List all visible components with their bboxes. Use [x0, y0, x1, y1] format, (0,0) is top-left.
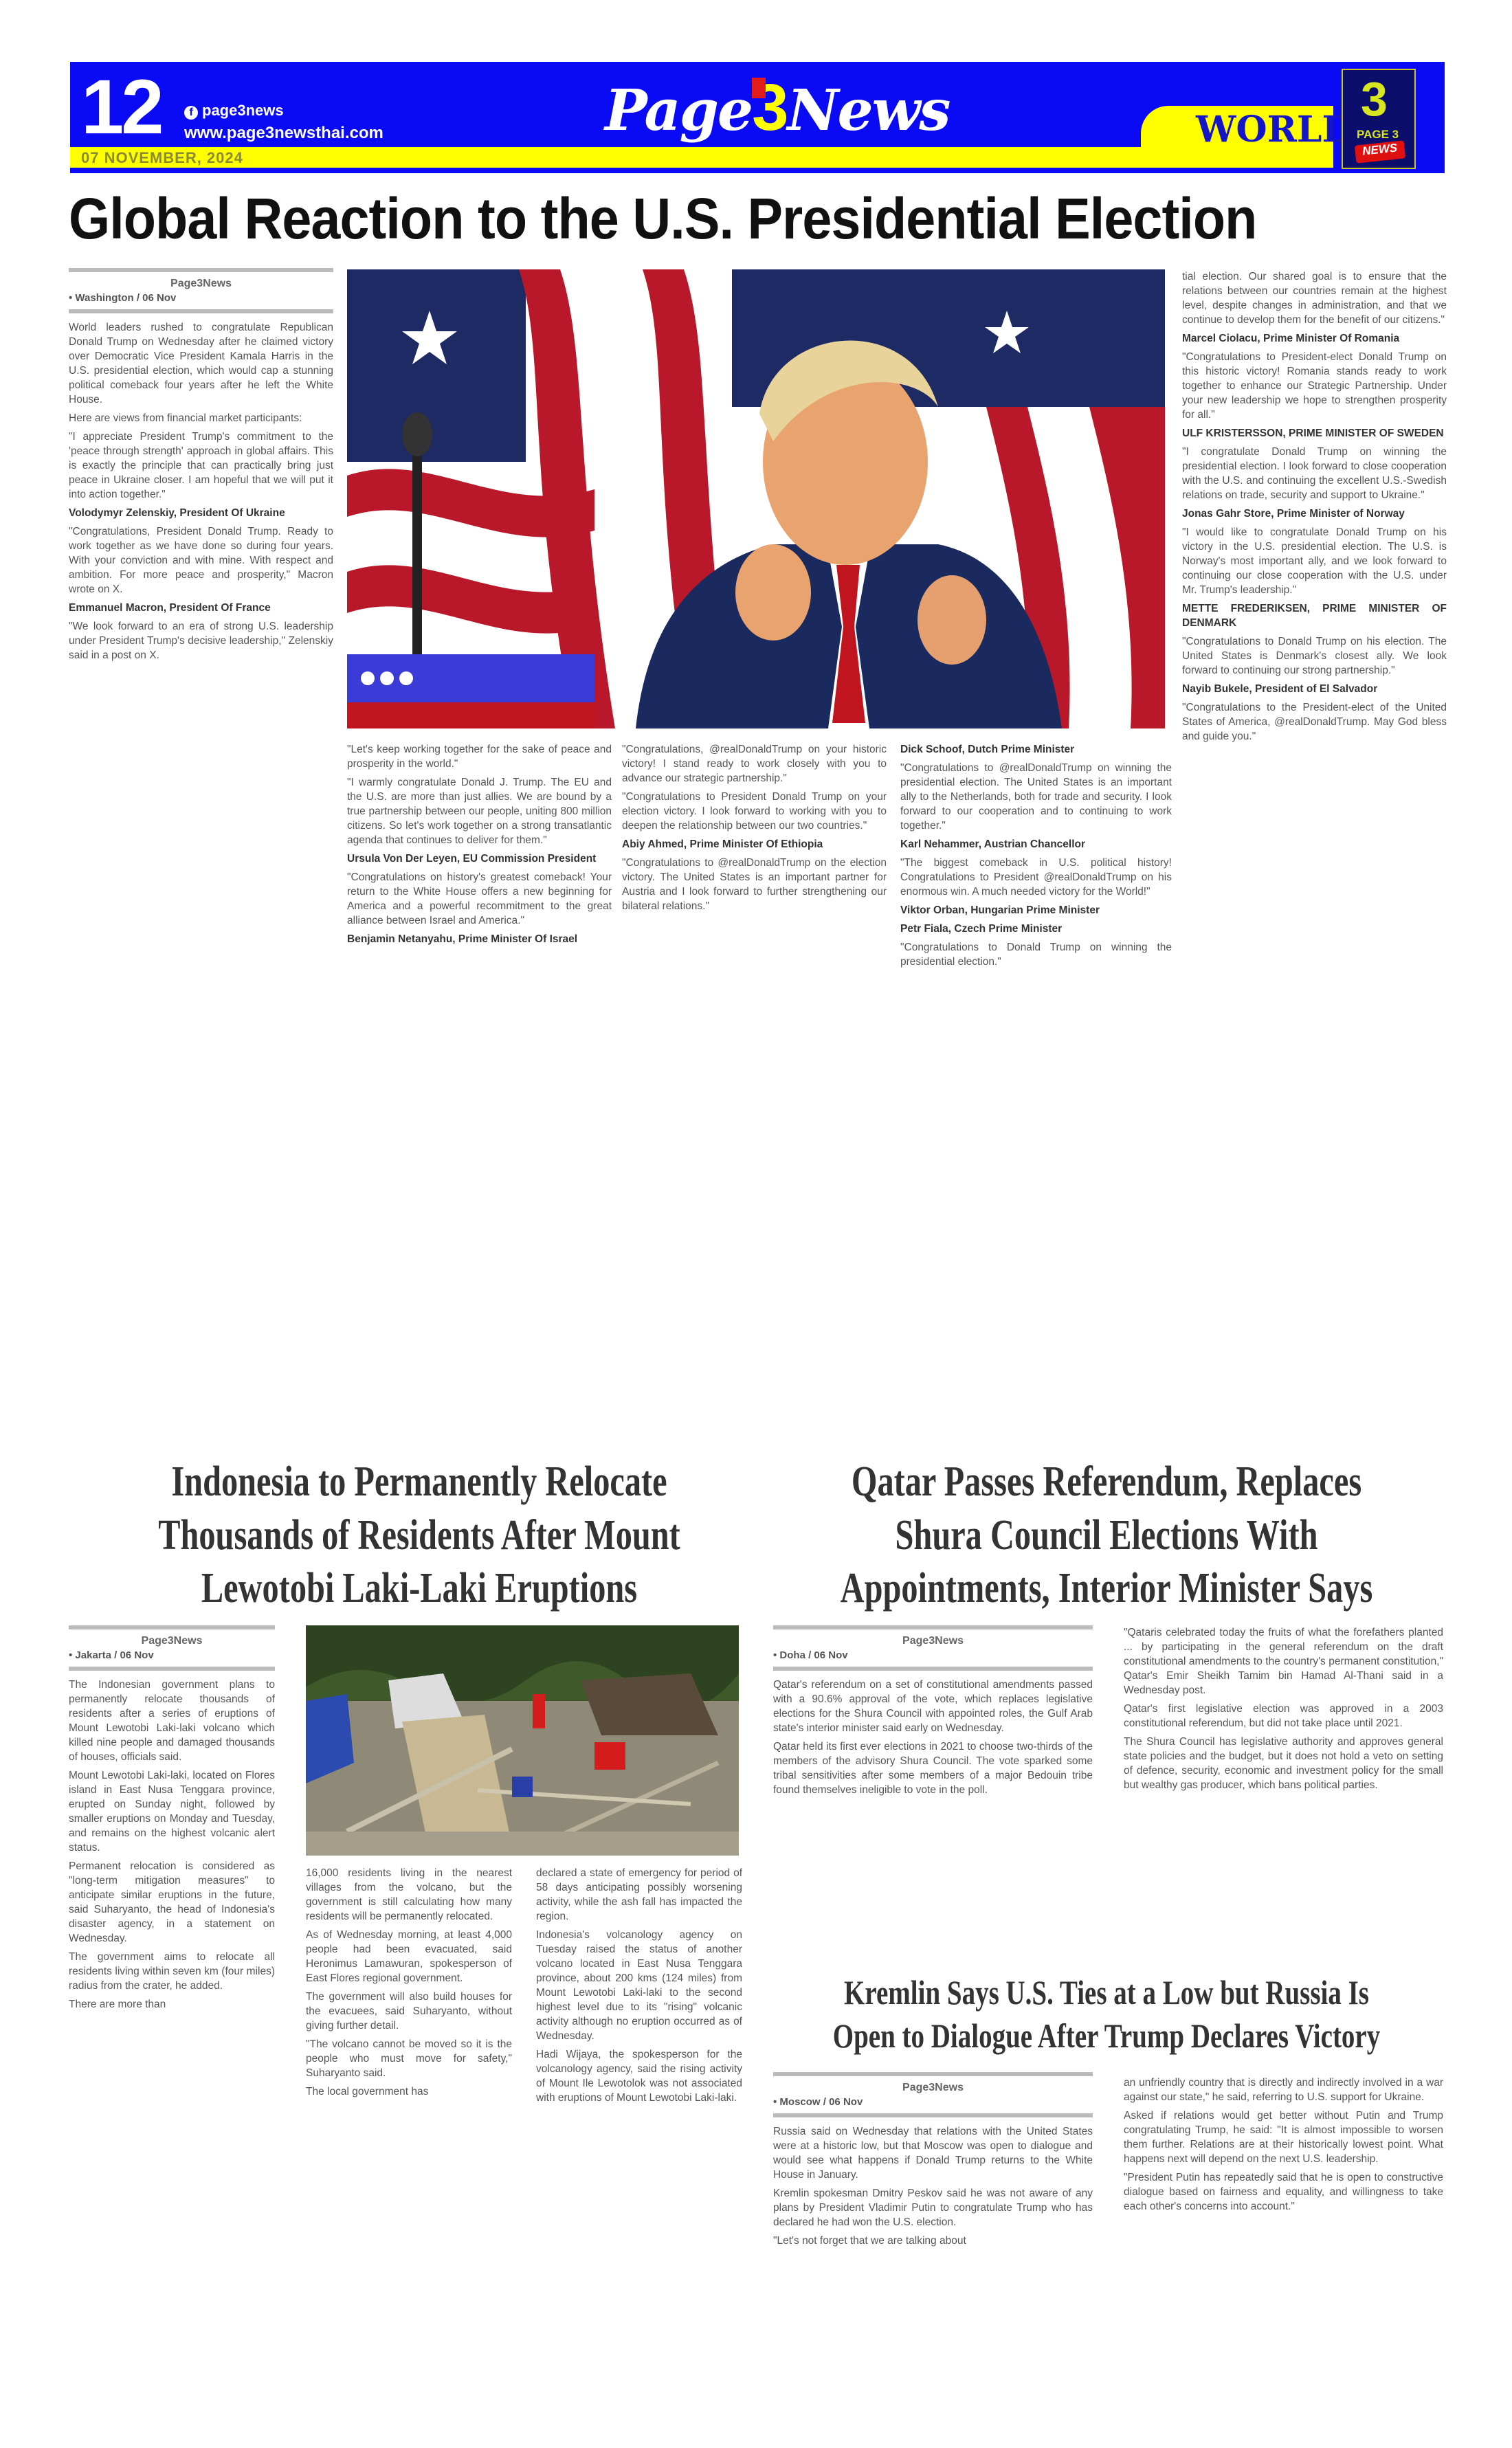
- newspaper-logo: Page3News: [605, 70, 949, 146]
- paragraph: The government aims to relocate all resi…: [69, 1950, 275, 1993]
- paragraph: "Qataris celebrated today the fruits of …: [1124, 1625, 1443, 1698]
- paragraph: "I warmly congratulate Donald J. Trump. …: [347, 775, 612, 847]
- main-article-column-2: "Let's keep working together for the sak…: [347, 742, 612, 1429]
- facebook-handle: page3news: [202, 102, 284, 119]
- qatar-headline: Qatar Passes Referendum, Replaces Shura …: [827, 1456, 1385, 1616]
- paragraph: "Congratulations to the President-elect …: [1182, 700, 1447, 744]
- paragraph: Mount Lewotobi Laki-laki, located on Flo…: [69, 1768, 275, 1855]
- indonesia-column-1: Page3News • Jakarta / 06 Nov The Indones…: [69, 1625, 275, 2395]
- quote-attribution: Karl Nehammer, Austrian Chancellor: [900, 837, 1172, 852]
- quote-attribution: Viktor Orban, Hungarian Prime Minister: [900, 903, 1172, 917]
- byline-source: Page3News: [773, 2080, 1093, 2095]
- quote-attribution: Ursula Von Der Leyen, EU Commission Pres…: [347, 852, 612, 866]
- quote-attribution: Jonas Gahr Store, Prime Minister of Norw…: [1182, 507, 1447, 521]
- paragraph: "Congratulations to Donald Trump on his …: [1182, 634, 1447, 678]
- quote-attribution: Petr Fiala, Czech Prime Minister: [900, 922, 1172, 936]
- paragraph: Here are views from financial market par…: [69, 411, 333, 425]
- paragraph: "I appreciate President Trump's commitme…: [69, 430, 333, 502]
- logo-number-three: 3: [752, 71, 787, 144]
- paragraph: As of Wednesday morning, at least 4,000 …: [306, 1928, 512, 1985]
- paragraph: "Let's not forget that we are talking ab…: [773, 2234, 1093, 2248]
- paragraph: "Congratulations to President-elect Dona…: [1182, 350, 1447, 422]
- paragraph: "Let's keep working together for the sak…: [347, 742, 612, 771]
- paragraph: World leaders rushed to congratulate Rep…: [69, 320, 333, 407]
- byline-dateline: • Doha / 06 Nov: [773, 1648, 1093, 1662]
- indonesia-headline: Indonesia to Permanently Relocate Thousa…: [135, 1456, 704, 1616]
- kremlin-headline: Kremlin Says U.S. Ties at a Low but Russ…: [827, 1971, 1385, 2057]
- paragraph: Russia said on Wednesday that relations …: [773, 2124, 1093, 2182]
- byline-dateline: • Moscow / 06 Nov: [773, 2095, 1093, 2109]
- paragraph: "We look forward to an era of strong U.S…: [69, 619, 333, 663]
- paragraph: There are more than: [69, 1997, 275, 2012]
- quote-attribution: Marcel Ciolacu, Prime Minister Of Romani…: [1182, 331, 1447, 346]
- website-link[interactable]: www.page3newsthai.com: [184, 124, 383, 143]
- kremlin-column-1: Page3News • Moscow / 06 Nov Russia said …: [773, 2072, 1093, 2395]
- paragraph: Qatar's first legislative election was a…: [1124, 1702, 1443, 1731]
- indonesia-column-2: 16,000 residents living in the nearest v…: [306, 1866, 512, 2395]
- quote-attribution: Nayib Bukele, President of El Salvador: [1182, 682, 1447, 696]
- byline-dateline: • Jakarta / 06 Nov: [69, 1648, 275, 1662]
- paragraph: "I congratulate Donald Trump on winning …: [1182, 445, 1447, 502]
- issue-date: 07 NOVEMBER, 2024: [81, 149, 243, 167]
- facebook-icon: f: [184, 106, 198, 120]
- indonesia-column-3: declared a state of emergency for period…: [536, 1866, 742, 2395]
- paragraph: Qatar held its first ever elections in 2…: [773, 1739, 1093, 1797]
- paragraph: Qatar's referendum on a set of constitut…: [773, 1678, 1093, 1735]
- quote-attribution: Dick Schoof, Dutch Prime Minister: [900, 742, 1172, 757]
- quote-attribution: METTE FREDERIKSEN, PRIME MINISTER OF DEN…: [1182, 601, 1447, 630]
- logo-word-page: Page: [605, 78, 752, 144]
- paragraph: "The volcano cannot be moved so it is th…: [306, 2037, 512, 2080]
- main-article-column-3: "Congratulations, @realDonaldTrump on yo…: [622, 742, 887, 1429]
- volcano-damage-photo: [306, 1625, 739, 1856]
- paragraph: Asked if relations would get better with…: [1124, 2108, 1443, 2166]
- paragraph: "The biggest comeback in U.S. political …: [900, 856, 1172, 899]
- qatar-column-1: Page3News • Doha / 06 Nov Qatar's refere…: [773, 1625, 1093, 1948]
- paragraph: "Congratulations, President Donald Trump…: [69, 524, 333, 597]
- paragraph: an unfriendly country that is directly a…: [1124, 2076, 1443, 2104]
- badge-news-label: NEWS: [1355, 140, 1405, 163]
- quote-attribution: Abiy Ahmed, Prime Minister Of Ethiopia: [622, 837, 887, 852]
- logo-word-news: News: [788, 78, 950, 144]
- qatar-column-2: "Qataris celebrated today the fruits of …: [1124, 1625, 1443, 1948]
- paragraph: The government will also build houses fo…: [306, 1990, 512, 2033]
- paragraph: The Shura Council has legislative author…: [1124, 1735, 1443, 1792]
- quote-attribution: Benjamin Netanyahu, Prime Minister Of Is…: [347, 932, 612, 946]
- byline-source: Page3News: [773, 1634, 1093, 1648]
- trump-photo: [347, 269, 1165, 728]
- paragraph: "Congratulations to @realDonaldTrump on …: [900, 761, 1172, 833]
- paragraph: "Congratulations on history's greatest c…: [347, 870, 612, 928]
- paragraph: "Congratulations to President Donald Tru…: [622, 790, 887, 833]
- paragraph: The Indonesian government plans to perma…: [69, 1678, 275, 1764]
- paragraph: "President Putin has repeatedly said tha…: [1124, 2170, 1443, 2214]
- paragraph: Permanent relocation is considered as "l…: [69, 1859, 275, 1946]
- facebook-link[interactable]: fpage3news: [184, 102, 284, 120]
- quote-attribution: Volodymyr Zelenskiy, President Of Ukrain…: [69, 506, 333, 520]
- badge-number: 3: [1361, 71, 1388, 126]
- kremlin-column-2: an unfriendly country that is directly a…: [1124, 2076, 1443, 2392]
- main-article-column-1: Page3News • Washington / 06 Nov World le…: [69, 268, 333, 1429]
- paragraph: declared a state of emergency for period…: [536, 1866, 742, 1924]
- trump-photo-illustration: [347, 269, 1165, 728]
- paragraph: Indonesia's volcanology agency on Tuesda…: [536, 1928, 742, 2043]
- page3-news-badge: 3 PAGE 3 NEWS: [1342, 69, 1416, 169]
- paragraph: Kremlin spokesman Dmitry Peskov said he …: [773, 2186, 1093, 2229]
- main-article-column-4: Dick Schoof, Dutch Prime Minister "Congr…: [900, 742, 1172, 1429]
- byline-dateline: • Washington / 06 Nov: [69, 291, 333, 305]
- main-headline: Global Reaction to the U.S. Presidential…: [69, 186, 1333, 252]
- paragraph: 16,000 residents living in the nearest v…: [306, 1866, 512, 1924]
- paragraph: "I would like to congratulate Donald Tru…: [1182, 525, 1447, 597]
- main-article-column-5: tial election. Our shared goal is to ens…: [1182, 269, 1447, 1431]
- byline: Page3News • Doha / 06 Nov: [773, 1625, 1093, 1671]
- page-number: 12: [81, 66, 162, 148]
- quote-attribution: ULF KRISTERSSON, PRIME MINISTER OF SWEDE…: [1182, 426, 1447, 441]
- paragraph: The local government has: [306, 2084, 512, 2099]
- quote-attribution: Emmanuel Macron, President Of France: [69, 601, 333, 615]
- section-label: WORLD: [1196, 109, 1353, 151]
- paragraph: "Congratulations to Donald Trump on winn…: [900, 940, 1172, 969]
- byline: Page3News • Jakarta / 06 Nov: [69, 1625, 275, 1671]
- byline-source: Page3News: [69, 1634, 275, 1648]
- byline: Page3News • Washington / 06 Nov: [69, 268, 333, 313]
- byline: Page3News • Moscow / 06 Nov: [773, 2072, 1093, 2117]
- paragraph: Hadi Wijaya, the spokesperson for the vo…: [536, 2047, 742, 2105]
- masthead-bottom-rule: [70, 168, 1445, 173]
- badge-text: PAGE 3: [1357, 128, 1399, 142]
- volcano-damage-illustration: [306, 1625, 739, 1856]
- paragraph: tial election. Our shared goal is to ens…: [1182, 269, 1447, 327]
- byline-source: Page3News: [69, 276, 333, 291]
- paragraph: "Congratulations, @realDonaldTrump on yo…: [622, 742, 887, 786]
- paragraph: "Congratulations to @realDonaldTrump on …: [622, 856, 887, 913]
